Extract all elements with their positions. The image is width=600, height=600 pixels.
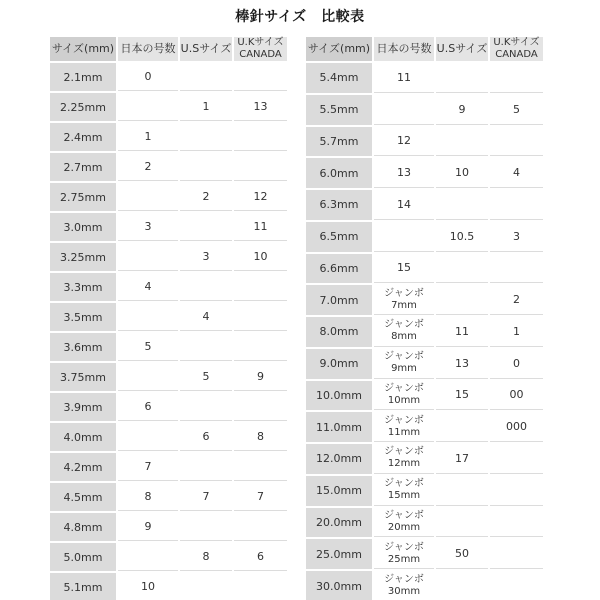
col-header-us: U.Sサイズ bbox=[436, 37, 488, 61]
cell-line: 25mm bbox=[374, 554, 434, 566]
cell-uk bbox=[490, 254, 543, 284]
cell-line: ジャンボ bbox=[374, 415, 434, 427]
cell-size: 6.5mm bbox=[306, 222, 372, 252]
cell-us: 10.5 bbox=[436, 222, 488, 252]
table-row: 7.0mmジャンボ7mm2 bbox=[306, 285, 543, 315]
cell-japan bbox=[374, 222, 434, 252]
cell-size: 3.25mm bbox=[50, 243, 116, 271]
cell-japan: ジャンボ9mm bbox=[374, 349, 434, 379]
cell-japan: 10 bbox=[118, 573, 178, 600]
table-row: 15.0mmジャンボ15mm bbox=[306, 476, 543, 506]
cell-us bbox=[436, 285, 488, 315]
table-body: 5.4mm115.5mm955.7mm126.0mm131046.3mm146.… bbox=[306, 63, 543, 600]
cell-line: CANADA bbox=[490, 49, 543, 61]
cell-line: 10mm bbox=[374, 395, 434, 407]
cell-japan: ジャンボ11mm bbox=[374, 412, 434, 442]
cell-size: 4.5mm bbox=[50, 483, 116, 511]
cell-size: 12.0mm bbox=[306, 444, 372, 474]
cell-us bbox=[436, 190, 488, 220]
table-row: 25.0mmジャンボ25mm50 bbox=[306, 539, 543, 569]
cell-line: U.Kサイズ bbox=[234, 37, 287, 49]
cell-size: 2.1mm bbox=[50, 63, 116, 91]
col-header-japan: 日本の号数 bbox=[118, 37, 178, 61]
cell-uk bbox=[490, 63, 543, 93]
cell-us bbox=[180, 123, 232, 151]
cell-us: 11 bbox=[436, 317, 488, 347]
cell-japan: 15 bbox=[374, 254, 434, 284]
cell-size: 3.75mm bbox=[50, 363, 116, 391]
table-body: 2.1mm02.25mm1132.4mm12.7mm22.75mm2123.0m… bbox=[50, 63, 287, 600]
cell-size: 5.1mm bbox=[50, 573, 116, 600]
cell-size: 5.7mm bbox=[306, 127, 372, 157]
cell-japan: ジャンボ15mm bbox=[374, 476, 434, 506]
table-row: 3.0mm311 bbox=[50, 213, 287, 241]
needle-size-table-left: サイズ(mm)日本の号数U.SサイズU.KサイズCANADA 2.1mm02.2… bbox=[48, 35, 289, 600]
cell-line: 7mm bbox=[374, 300, 434, 312]
cell-uk bbox=[234, 63, 287, 91]
page: 棒針サイズ 比較表 サイズ(mm)日本の号数U.SサイズU.KサイズCANADA… bbox=[0, 6, 600, 600]
cell-uk bbox=[490, 571, 543, 600]
col-header-us: U.Sサイズ bbox=[180, 37, 232, 61]
cell-japan: 0 bbox=[118, 63, 178, 91]
table-row: 4.8mm9 bbox=[50, 513, 287, 541]
table-row: 2.1mm0 bbox=[50, 63, 287, 91]
cell-japan: 13 bbox=[374, 158, 434, 188]
cell-line: ジャンボ bbox=[374, 446, 434, 458]
col-header-size: サイズ(mm) bbox=[50, 37, 116, 61]
cell-japan bbox=[118, 183, 178, 211]
cell-size: 3.5mm bbox=[50, 303, 116, 331]
cell-us bbox=[180, 573, 232, 600]
cell-us bbox=[180, 153, 232, 181]
cell-uk: 000 bbox=[490, 412, 543, 442]
cell-uk: 12 bbox=[234, 183, 287, 211]
table-row: 2.4mm1 bbox=[50, 123, 287, 151]
cell-us: 1 bbox=[180, 93, 232, 121]
table-row: 20.0mmジャンボ20mm bbox=[306, 508, 543, 538]
cell-uk: 6 bbox=[234, 543, 287, 571]
cell-size: 2.25mm bbox=[50, 93, 116, 121]
cell-size: 5.4mm bbox=[306, 63, 372, 93]
cell-japan: 5 bbox=[118, 333, 178, 361]
cell-us bbox=[180, 453, 232, 481]
cell-japan: ジャンボ8mm bbox=[374, 317, 434, 347]
cell-size: 2.75mm bbox=[50, 183, 116, 211]
cell-uk bbox=[490, 444, 543, 474]
cell-japan: 11 bbox=[374, 63, 434, 93]
cell-uk bbox=[234, 153, 287, 181]
table-row: 3.25mm310 bbox=[50, 243, 287, 271]
cell-line: U.Kサイズ bbox=[490, 37, 543, 49]
table-row: 3.3mm4 bbox=[50, 273, 287, 301]
cell-size: 6.0mm bbox=[306, 158, 372, 188]
cell-size: 2.7mm bbox=[50, 153, 116, 181]
cell-japan bbox=[118, 243, 178, 271]
cell-line: 11mm bbox=[374, 427, 434, 439]
col-header-size: サイズ(mm) bbox=[306, 37, 372, 61]
cell-size: 25.0mm bbox=[306, 539, 372, 569]
cell-japan: 12 bbox=[374, 127, 434, 157]
cell-uk bbox=[234, 573, 287, 600]
cell-uk bbox=[234, 513, 287, 541]
cell-uk bbox=[490, 190, 543, 220]
table-row: 2.7mm2 bbox=[50, 153, 287, 181]
cell-line: ジャンボ bbox=[374, 319, 434, 331]
cell-us: 6 bbox=[180, 423, 232, 451]
cell-size: 3.9mm bbox=[50, 393, 116, 421]
table-row: 30.0mmジャンボ30mm bbox=[306, 571, 543, 600]
cell-japan bbox=[118, 543, 178, 571]
cell-uk bbox=[234, 303, 287, 331]
cell-size: 3.6mm bbox=[50, 333, 116, 361]
cell-us bbox=[180, 273, 232, 301]
col-header-uk: U.KサイズCANADA bbox=[490, 37, 543, 61]
table-row: 6.3mm14 bbox=[306, 190, 543, 220]
cell-line: ジャンボ bbox=[374, 510, 434, 522]
cell-japan bbox=[118, 303, 178, 331]
cell-japan: 7 bbox=[118, 453, 178, 481]
table-row: 4.2mm7 bbox=[50, 453, 287, 481]
cell-uk: 2 bbox=[490, 285, 543, 315]
table-row: 5.0mm86 bbox=[50, 543, 287, 571]
cell-us bbox=[436, 508, 488, 538]
cell-size: 5.5mm bbox=[306, 95, 372, 125]
cell-us: 9 bbox=[436, 95, 488, 125]
cell-us bbox=[180, 513, 232, 541]
cell-us bbox=[436, 412, 488, 442]
cell-size: 10.0mm bbox=[306, 381, 372, 411]
cell-japan: 9 bbox=[118, 513, 178, 541]
cell-japan: ジャンボ7mm bbox=[374, 285, 434, 315]
cell-japan: 8 bbox=[118, 483, 178, 511]
cell-line: 30mm bbox=[374, 586, 434, 598]
cell-japan: 6 bbox=[118, 393, 178, 421]
cell-us: 2 bbox=[180, 183, 232, 211]
cell-japan bbox=[374, 95, 434, 125]
cell-line: ジャンボ bbox=[374, 288, 434, 300]
cell-line: ジャンボ bbox=[374, 542, 434, 554]
table-row: 3.6mm5 bbox=[50, 333, 287, 361]
cell-us: 17 bbox=[436, 444, 488, 474]
cell-japan: ジャンボ10mm bbox=[374, 381, 434, 411]
table-header: サイズ(mm)日本の号数U.SサイズU.KサイズCANADA bbox=[50, 37, 287, 61]
cell-uk: 7 bbox=[234, 483, 287, 511]
cell-japan: ジャンボ30mm bbox=[374, 571, 434, 600]
cell-size: 15.0mm bbox=[306, 476, 372, 506]
table-row: 2.75mm212 bbox=[50, 183, 287, 211]
tables-container: サイズ(mm)日本の号数U.SサイズU.KサイズCANADA 2.1mm02.2… bbox=[0, 35, 600, 600]
table-row: 2.25mm113 bbox=[50, 93, 287, 121]
cell-uk bbox=[490, 127, 543, 157]
cell-japan bbox=[118, 423, 178, 451]
needle-size-table-right: サイズ(mm)日本の号数U.SサイズU.KサイズCANADA 5.4mm115.… bbox=[304, 35, 545, 600]
table-row: 8.0mmジャンボ8mm111 bbox=[306, 317, 543, 347]
cell-uk bbox=[234, 453, 287, 481]
table-row: 11.0mmジャンボ11mm000 bbox=[306, 412, 543, 442]
cell-line: ジャンボ bbox=[374, 383, 434, 395]
cell-us bbox=[436, 571, 488, 600]
table-row: 4.0mm68 bbox=[50, 423, 287, 451]
cell-uk: 10 bbox=[234, 243, 287, 271]
cell-us: 3 bbox=[180, 243, 232, 271]
cell-us bbox=[436, 63, 488, 93]
table-row: 5.1mm10 bbox=[50, 573, 287, 600]
table-row: 9.0mmジャンボ9mm130 bbox=[306, 349, 543, 379]
cell-uk: 9 bbox=[234, 363, 287, 391]
table-row: 5.7mm12 bbox=[306, 127, 543, 157]
cell-us: 13 bbox=[436, 349, 488, 379]
cell-uk bbox=[490, 508, 543, 538]
cell-uk: 5 bbox=[490, 95, 543, 125]
page-title: 棒針サイズ 比較表 bbox=[0, 6, 600, 26]
table-row: 6.0mm13104 bbox=[306, 158, 543, 188]
cell-size: 3.0mm bbox=[50, 213, 116, 241]
cell-uk: 11 bbox=[234, 213, 287, 241]
cell-uk bbox=[234, 123, 287, 151]
cell-us: 4 bbox=[180, 303, 232, 331]
cell-us bbox=[180, 333, 232, 361]
cell-us bbox=[180, 393, 232, 421]
table-row: 5.4mm11 bbox=[306, 63, 543, 93]
col-header-japan: 日本の号数 bbox=[374, 37, 434, 61]
cell-size: 7.0mm bbox=[306, 285, 372, 315]
cell-japan: 14 bbox=[374, 190, 434, 220]
cell-japan: 4 bbox=[118, 273, 178, 301]
cell-japan bbox=[118, 363, 178, 391]
cell-japan: ジャンボ20mm bbox=[374, 508, 434, 538]
cell-japan: 1 bbox=[118, 123, 178, 151]
cell-size: 30.0mm bbox=[306, 571, 372, 600]
cell-us bbox=[180, 63, 232, 91]
cell-size: 3.3mm bbox=[50, 273, 116, 301]
cell-size: 5.0mm bbox=[50, 543, 116, 571]
table-row: 3.75mm59 bbox=[50, 363, 287, 391]
cell-line: ジャンボ bbox=[374, 478, 434, 490]
cell-japan bbox=[118, 93, 178, 121]
table-row: 3.9mm6 bbox=[50, 393, 287, 421]
cell-uk: 4 bbox=[490, 158, 543, 188]
cell-us bbox=[436, 476, 488, 506]
cell-line: 8mm bbox=[374, 331, 434, 343]
header-row: サイズ(mm)日本の号数U.SサイズU.KサイズCANADA bbox=[50, 37, 287, 61]
cell-us: 50 bbox=[436, 539, 488, 569]
cell-uk bbox=[234, 393, 287, 421]
cell-uk bbox=[490, 539, 543, 569]
table-row: 4.5mm877 bbox=[50, 483, 287, 511]
cell-us bbox=[180, 213, 232, 241]
cell-japan: ジャンボ25mm bbox=[374, 539, 434, 569]
table-row: 12.0mmジャンボ12mm17 bbox=[306, 444, 543, 474]
cell-size: 4.0mm bbox=[50, 423, 116, 451]
cell-line: 20mm bbox=[374, 522, 434, 534]
cell-size: 20.0mm bbox=[306, 508, 372, 538]
header-row: サイズ(mm)日本の号数U.SサイズU.KサイズCANADA bbox=[306, 37, 543, 61]
cell-line: CANADA bbox=[234, 49, 287, 61]
cell-uk bbox=[234, 333, 287, 361]
cell-uk: 1 bbox=[490, 317, 543, 347]
cell-us: 7 bbox=[180, 483, 232, 511]
cell-line: 9mm bbox=[374, 363, 434, 375]
cell-uk: 0 bbox=[490, 349, 543, 379]
cell-uk: 00 bbox=[490, 381, 543, 411]
table-header: サイズ(mm)日本の号数U.SサイズU.KサイズCANADA bbox=[306, 37, 543, 61]
table-row: 3.5mm4 bbox=[50, 303, 287, 331]
cell-japan: 3 bbox=[118, 213, 178, 241]
cell-line: ジャンボ bbox=[374, 574, 434, 586]
cell-size: 4.2mm bbox=[50, 453, 116, 481]
cell-line: 15mm bbox=[374, 490, 434, 502]
cell-size: 8.0mm bbox=[306, 317, 372, 347]
cell-us bbox=[436, 254, 488, 284]
cell-size: 6.6mm bbox=[306, 254, 372, 284]
cell-size: 6.3mm bbox=[306, 190, 372, 220]
cell-uk bbox=[234, 273, 287, 301]
cell-uk: 3 bbox=[490, 222, 543, 252]
table-row: 6.5mm10.53 bbox=[306, 222, 543, 252]
cell-line: 12mm bbox=[374, 458, 434, 470]
cell-japan: ジャンボ12mm bbox=[374, 444, 434, 474]
cell-us bbox=[436, 127, 488, 157]
cell-us: 8 bbox=[180, 543, 232, 571]
cell-uk: 8 bbox=[234, 423, 287, 451]
cell-uk bbox=[490, 476, 543, 506]
col-header-uk: U.KサイズCANADA bbox=[234, 37, 287, 61]
cell-us: 15 bbox=[436, 381, 488, 411]
table-row: 6.6mm15 bbox=[306, 254, 543, 284]
cell-us: 10 bbox=[436, 158, 488, 188]
cell-size: 9.0mm bbox=[306, 349, 372, 379]
cell-uk: 13 bbox=[234, 93, 287, 121]
cell-us: 5 bbox=[180, 363, 232, 391]
cell-size: 2.4mm bbox=[50, 123, 116, 151]
cell-size: 11.0mm bbox=[306, 412, 372, 442]
cell-line: ジャンボ bbox=[374, 351, 434, 363]
cell-size: 4.8mm bbox=[50, 513, 116, 541]
table-row: 10.0mmジャンボ10mm1500 bbox=[306, 381, 543, 411]
cell-japan: 2 bbox=[118, 153, 178, 181]
table-row: 5.5mm95 bbox=[306, 95, 543, 125]
